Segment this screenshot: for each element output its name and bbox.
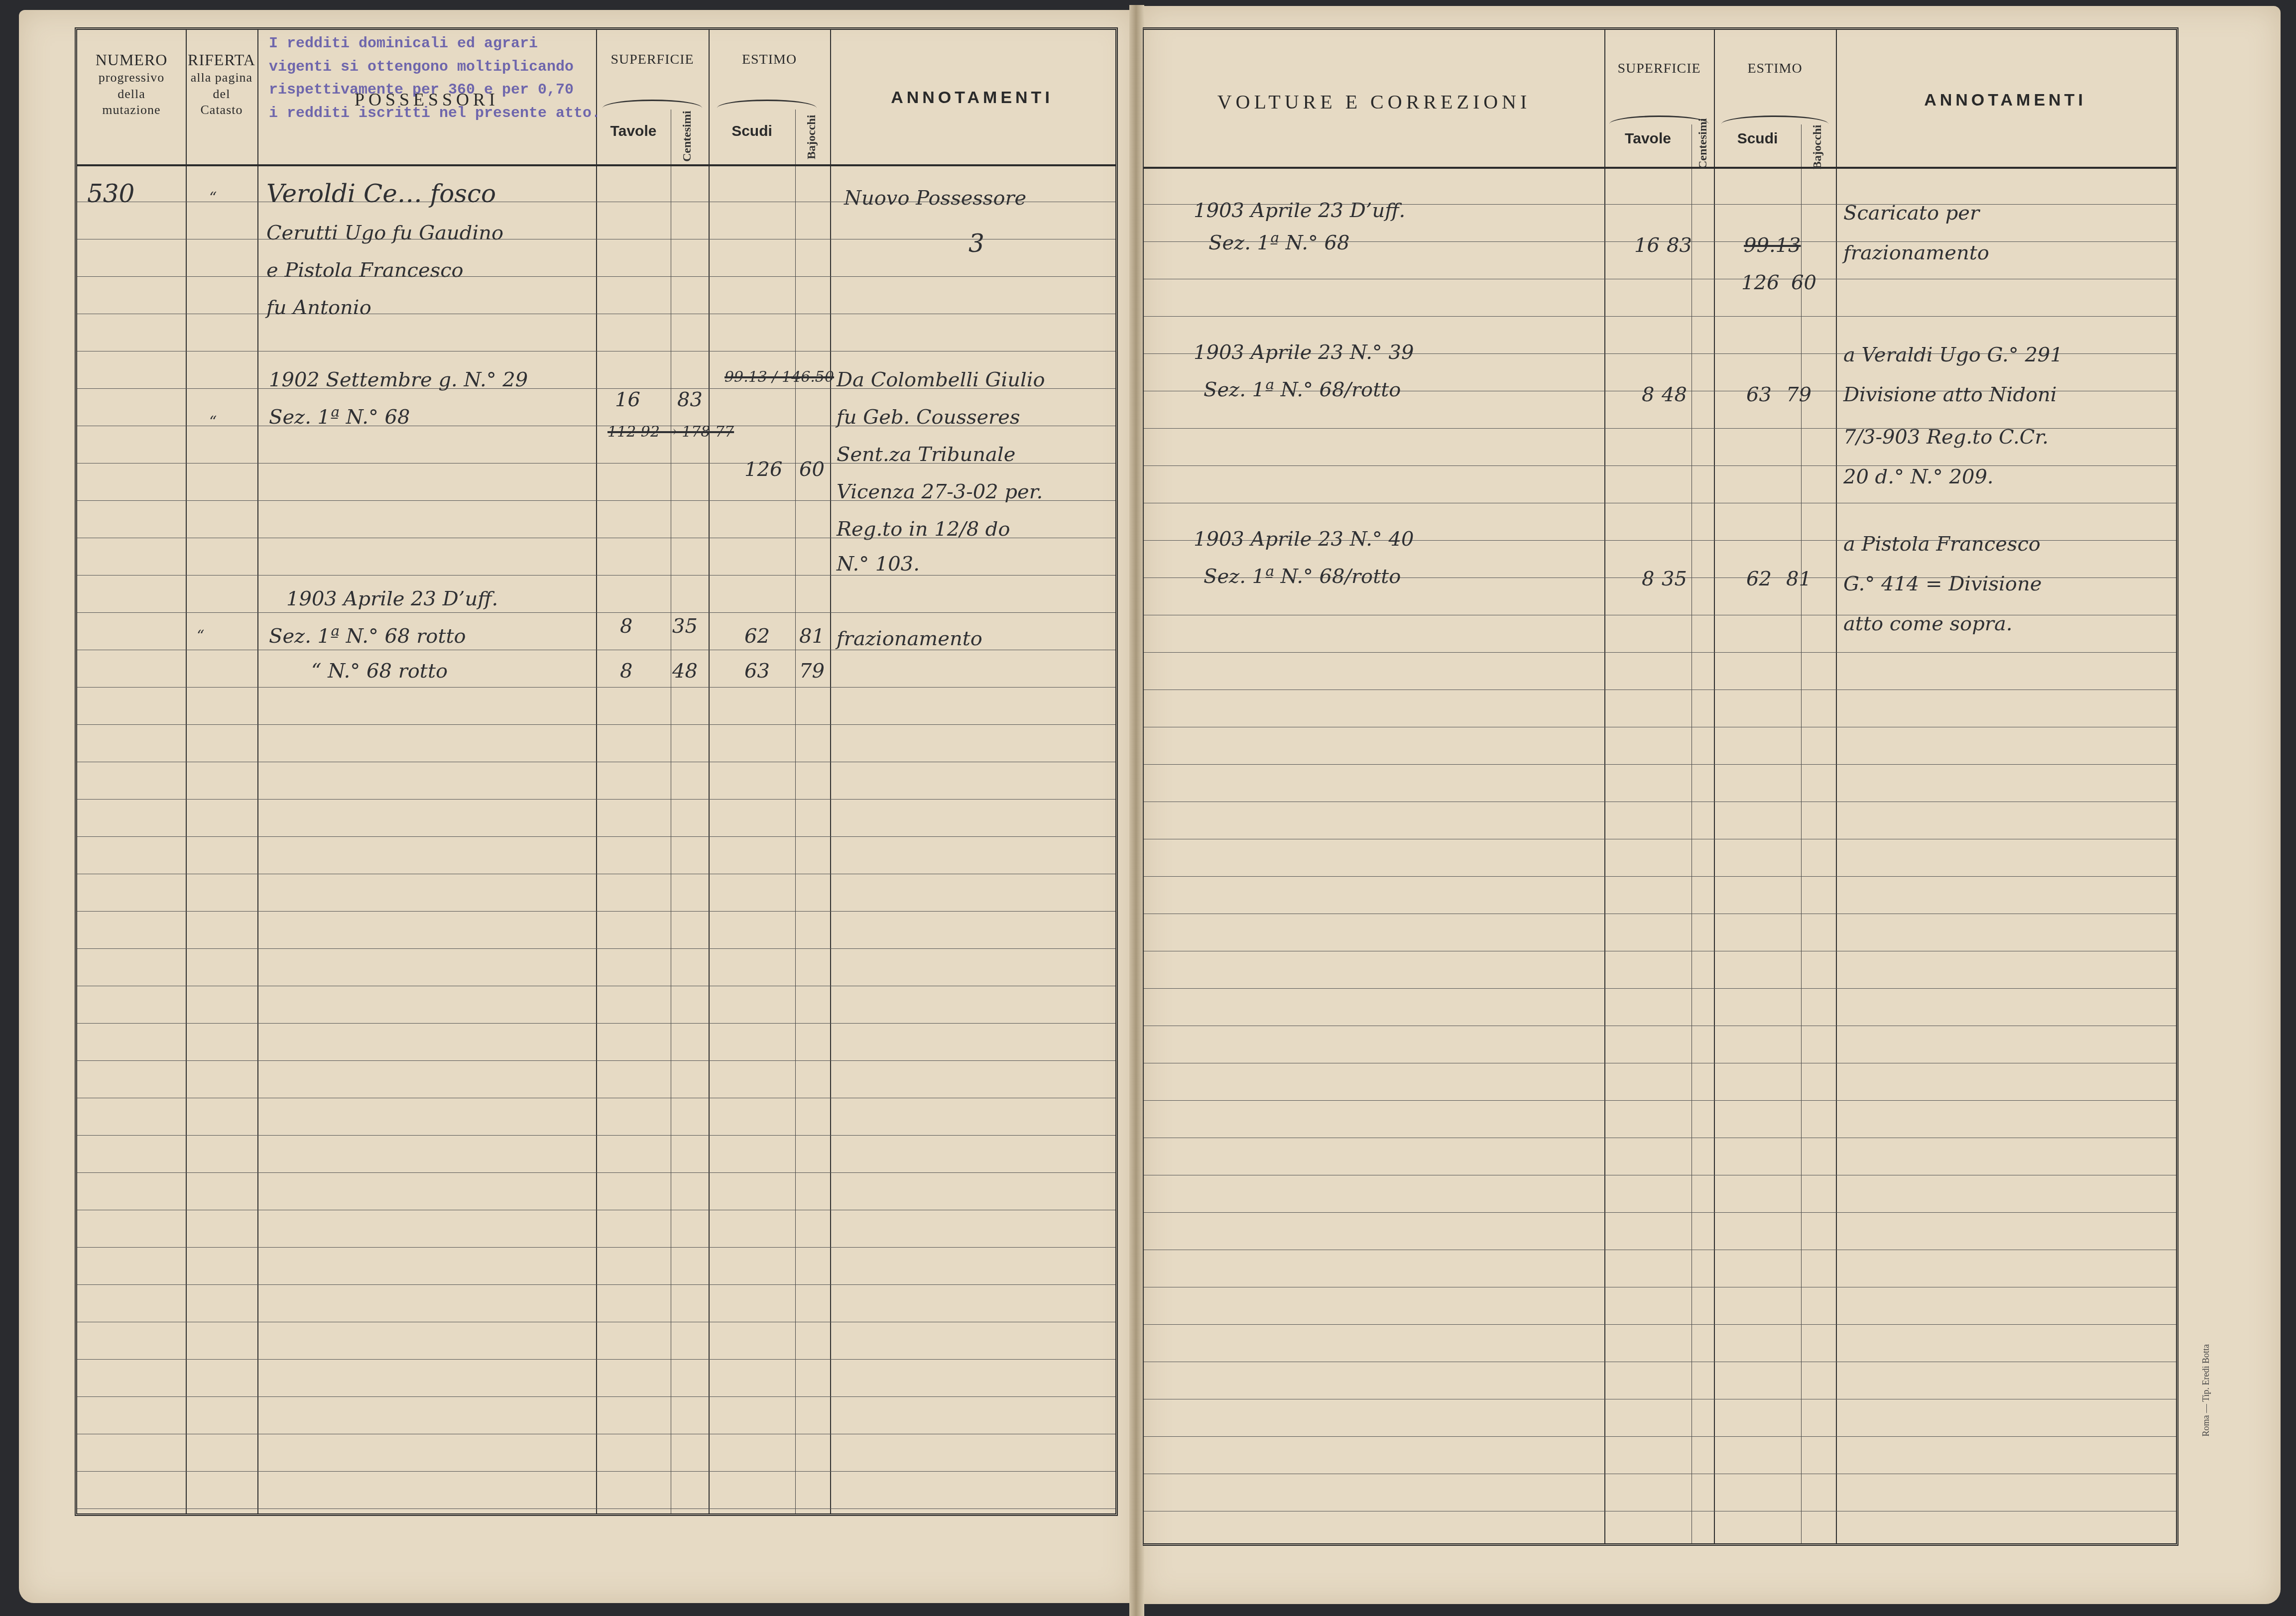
annotation-line: a Pistola Francesco xyxy=(1843,533,2041,556)
ruled-line xyxy=(77,799,1115,800)
voltura-line: 1903 Aprile 23 D’uff. xyxy=(1194,199,1405,222)
ruled-line xyxy=(1144,503,2176,503)
tavole-header: Tavole xyxy=(596,122,671,141)
tavole-value: 8 xyxy=(1642,568,1654,590)
ruled-line xyxy=(1144,839,2176,839)
annotation-line: frazionamento xyxy=(1843,241,1989,264)
voltura-line: Sez. 1ª N.° 68 xyxy=(1208,231,1350,254)
ruled-line xyxy=(77,1471,1115,1472)
centesimi-value: 35 xyxy=(672,615,698,638)
ruled-line xyxy=(77,1210,1115,1210)
possessor-line: 1902 Settembre g. N.° 29 xyxy=(269,368,528,391)
ruled-line xyxy=(77,836,1115,837)
riferta-header: RIFERTA alla pagina del Catasto xyxy=(186,50,257,118)
possessor-line: fu Antonio xyxy=(266,296,371,319)
annotation-line: Sent.za Tribunale xyxy=(837,443,1015,466)
ruled-line xyxy=(77,1284,1115,1285)
annotation-line: Da Colombelli Giulio xyxy=(837,368,1045,391)
ruled-line xyxy=(77,687,1115,688)
ruled-line xyxy=(77,314,1115,314)
voltura-line: 1903 Aprile 23 N.° 39 xyxy=(1194,341,1414,364)
ruled-line xyxy=(1144,1100,2176,1101)
estimo-header: ESTIMO xyxy=(1714,60,1836,77)
col-divider xyxy=(830,30,831,1513)
struck-estimo: 99.13 xyxy=(1744,234,1801,257)
col-divider xyxy=(1714,30,1715,1543)
tavole-value: 16 xyxy=(615,388,640,411)
ruled-line xyxy=(1144,1175,2176,1175)
col-divider xyxy=(709,30,710,1513)
centesimi-value: 48 xyxy=(672,660,698,683)
ruled-line xyxy=(77,1359,1115,1360)
annotation-line: N.° 103. xyxy=(837,553,920,576)
annotation-line: a Veraldi Ugo G.° 291 xyxy=(1843,344,2063,366)
centesimi-value: 83 xyxy=(677,388,703,411)
numero-header: NUMERO progressivo della mutazione xyxy=(77,50,186,118)
superficie-header: SUPERFICIE xyxy=(596,51,709,68)
annotation-line: 7/3-903 Reg.to C.Cr. xyxy=(1843,426,2049,449)
possessor-line: e Pistola Francesco xyxy=(266,259,464,282)
voltura-line: Sez. 1ª N.° 68/rotto xyxy=(1204,565,1401,588)
col-divider xyxy=(1692,124,1692,1543)
ruled-line xyxy=(1144,727,2176,727)
annotation-line: Nuovo Possessore xyxy=(844,187,1026,210)
tavole-header: Tavole xyxy=(1604,129,1692,148)
possessor-line: Sez. 1ª N.° 68 xyxy=(269,406,410,429)
ruled-line xyxy=(1144,802,2176,802)
centesimi-header: Centesimi xyxy=(681,112,694,162)
ruled-line xyxy=(77,276,1115,277)
centesimi-header: Centesimi xyxy=(1696,124,1710,169)
estimo-header: ESTIMO xyxy=(709,51,830,68)
ruled-line xyxy=(1144,1138,2176,1138)
bajocchi-value: 79 xyxy=(1786,383,1812,406)
annotation-line: Reg.to in 12/8 do xyxy=(837,518,1010,541)
tavole-value: 8 xyxy=(1642,383,1654,406)
ruled-line xyxy=(77,1434,1115,1434)
col-divider xyxy=(1604,30,1605,1543)
col-divider xyxy=(1801,124,1802,1543)
tavole-value: 8 xyxy=(620,615,632,638)
col-divider xyxy=(795,110,796,1513)
annotation-line: fu Geb. Cousseres xyxy=(837,406,1020,429)
header-rule xyxy=(1144,167,2176,169)
possessor-line: Sez. 1ª N.° 68 rotto xyxy=(269,625,466,648)
annotation-line: Vicenza 27-3-02 per. xyxy=(837,480,1043,503)
scudi-value: 63 xyxy=(744,660,770,683)
ruled-line xyxy=(77,1396,1115,1397)
ruled-line xyxy=(77,874,1115,874)
bajocchi-header: Bajocchi xyxy=(1811,124,1824,169)
annotation-line: Scaricato per xyxy=(1843,202,1979,225)
riferta-mark: “ xyxy=(209,189,217,207)
struck-estimo: 112 92 → 178 77 xyxy=(607,423,734,441)
entry-number: 530 xyxy=(87,179,134,208)
ruled-line xyxy=(1144,1324,2176,1325)
flourish-mark: 3 xyxy=(968,229,984,258)
col-divider xyxy=(257,30,258,1513)
bajocchi-value: 60 xyxy=(1791,271,1816,294)
ruled-line xyxy=(77,986,1115,986)
ruled-line xyxy=(77,575,1115,576)
scudi-header: Scudi xyxy=(1714,129,1801,148)
ruled-line xyxy=(1144,1436,2176,1437)
ruled-line xyxy=(1144,951,2176,951)
scudi-value: 126 xyxy=(744,458,782,481)
ruled-line xyxy=(77,948,1115,949)
ruled-line xyxy=(77,1247,1115,1248)
ruled-line xyxy=(1144,988,2176,989)
brace-decoration xyxy=(1721,115,1828,124)
col-divider xyxy=(671,110,671,1513)
ruled-line xyxy=(1144,1250,2176,1250)
book-spine xyxy=(1129,5,1144,1616)
tavole-value: 16 xyxy=(1634,234,1660,257)
annotation-line: G.° 414 = Divisione xyxy=(1843,573,2042,595)
brace-decoration xyxy=(717,100,817,108)
ruled-line xyxy=(1144,1287,2176,1287)
annotation-line: frazionamento xyxy=(837,627,982,650)
ruled-line xyxy=(1144,876,2176,877)
ruled-line xyxy=(77,612,1115,613)
ruled-line xyxy=(77,1322,1115,1322)
voltura-line: Sez. 1ª N.° 68/rotto xyxy=(1204,378,1401,401)
ruled-line xyxy=(1144,1026,2176,1026)
annotamenti-header: ANNOTAMENTI xyxy=(1836,90,2175,111)
header-rule xyxy=(77,164,1115,166)
possessor-line: 1903 Aprile 23 D’uff. xyxy=(286,587,498,610)
ruled-line xyxy=(77,911,1115,912)
col-divider xyxy=(596,30,597,1513)
bajocchi-header: Bajocchi xyxy=(805,112,819,162)
bajocchi-value: 79 xyxy=(799,660,825,683)
ruled-line xyxy=(1144,465,2176,466)
riferta-mark: “ xyxy=(209,413,217,431)
ruled-line xyxy=(77,1060,1115,1061)
centesimi-value: 83 xyxy=(1667,234,1692,257)
brace-decoration xyxy=(603,100,702,108)
possessor-line: Veroldi Ce… fosco xyxy=(266,179,496,208)
annotamenti-header: ANNOTAMENTI xyxy=(830,87,1114,109)
riferta-mark: “ xyxy=(197,627,204,645)
brace-decoration xyxy=(1609,115,1709,124)
struck-estimo: 99.13 / 146.50 xyxy=(725,368,834,386)
ruled-line xyxy=(1144,1362,2176,1362)
ruled-line xyxy=(1144,764,2176,765)
ruled-line xyxy=(77,762,1115,762)
ruled-line xyxy=(77,1508,1115,1509)
centesimi-value: 35 xyxy=(1662,568,1687,590)
scudi-value: 63 xyxy=(1746,383,1772,406)
scudi-value: 62 xyxy=(1746,568,1772,590)
ruled-line xyxy=(1144,1511,2176,1511)
ruled-line xyxy=(77,1172,1115,1173)
scudi-value: 62 xyxy=(744,625,770,648)
ruled-line xyxy=(1144,1063,2176,1063)
annotation-line: atto come sopra. xyxy=(1843,612,2013,635)
ruled-line xyxy=(77,724,1115,725)
ruled-line xyxy=(1144,914,2176,914)
ruled-line xyxy=(1144,1474,2176,1474)
scudi-value: 126 xyxy=(1741,271,1779,294)
col-divider xyxy=(186,30,187,1513)
ruled-line xyxy=(77,1023,1115,1024)
ruled-line xyxy=(1144,1399,2176,1399)
right-register-table: VOLTURE E CORREZIONI SUPERFICIE Tavole C… xyxy=(1143,27,2178,1546)
ruled-line xyxy=(1144,279,2176,279)
annotation-line: Divisione atto Nidoni xyxy=(1843,383,2057,406)
ruled-line xyxy=(1144,652,2176,653)
ruled-line xyxy=(1144,1212,2176,1213)
ruled-line xyxy=(1144,615,2176,615)
bajocchi-value: 60 xyxy=(799,458,825,481)
printer-mark: Roma — Tip. Eredi Botta xyxy=(2201,1344,2211,1437)
scudi-header: Scudi xyxy=(709,122,795,141)
ruled-line xyxy=(1144,690,2176,690)
left-register-table: NUMERO progressivo della mutazione RIFER… xyxy=(75,27,1118,1516)
ruled-line xyxy=(1144,316,2176,317)
ruled-line xyxy=(77,239,1115,239)
voltura-line: 1903 Aprile 23 N.° 40 xyxy=(1194,528,1414,551)
income-stamp: I redditi dominicali ed agrari vigenti s… xyxy=(269,32,601,125)
ruled-line xyxy=(77,1098,1115,1098)
ruled-line xyxy=(77,1135,1115,1136)
ruled-line xyxy=(77,351,1115,351)
possessor-line: Cerutti Ugo fu Gaudino xyxy=(266,222,503,244)
volture-header: VOLTURE E CORREZIONI xyxy=(1144,90,1604,115)
bajocchi-value: 81 xyxy=(1786,568,1812,590)
superficie-header: SUPERFICIE xyxy=(1604,60,1714,77)
annotation-line: 20 d.° N.° 209. xyxy=(1843,465,1994,488)
possessor-line: “ N.° 68 rotto xyxy=(311,660,448,683)
tavole-value: 8 xyxy=(620,660,632,683)
centesimi-value: 48 xyxy=(1662,383,1687,406)
col-divider xyxy=(1836,30,1837,1543)
bajocchi-value: 81 xyxy=(799,625,825,648)
